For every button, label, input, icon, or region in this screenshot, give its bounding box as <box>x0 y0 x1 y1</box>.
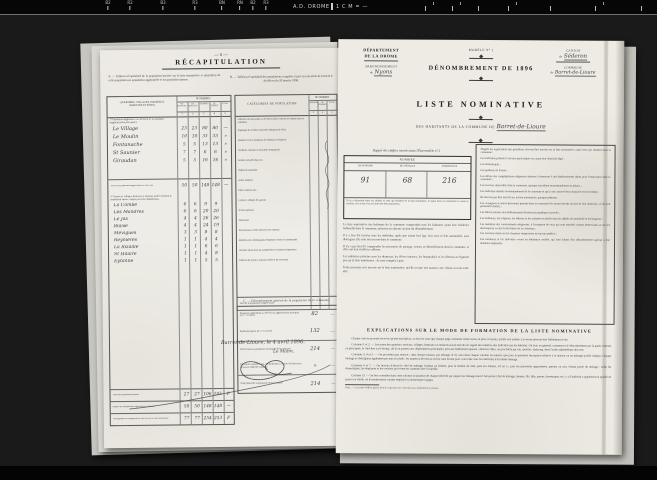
cell-femmes: 4 <box>211 237 221 242</box>
footnote: Nota. — Les petits chiffres placés dans … <box>345 386 611 391</box>
table-a-header: QUARTIERS, VILLAGES, HAMEAUX (MAISONS ET… <box>107 96 230 118</box>
col-header: DE MAISONS <box>344 163 386 170</box>
hamlet-name: Reynières <box>109 237 180 243</box>
ruler-tick <box>508 6 509 11</box>
cell-hommes: 13 <box>200 142 210 147</box>
divider-flourish <box>469 115 493 120</box>
cell-hommes: 20 <box>201 209 211 214</box>
model-label: MODÈLE N° 1 <box>438 48 524 53</box>
col-header: DE MAISONS <box>176 102 187 111</box>
canton-prefix: de <box>559 54 562 58</box>
category-label: Vieillards, infirmes et incurables hospi… <box>236 148 311 152</box>
film-bottom-bar <box>0 466 657 480</box>
column-divider <box>385 171 386 197</box>
ruler-tick-label: B2 <box>250 0 255 5</box>
ruler-tick <box>595 6 596 11</box>
instruction-paragraph: Il n'y a pas lieu d'y comprendre les per… <box>343 245 469 254</box>
ruler-tick: B3 <box>160 1 165 10</box>
microfilm-viewer: B2 R2 B3 R3 BN RN B2 R3 A.D. DROME 1 C M… <box>0 0 657 480</box>
cell-femmes: 16 <box>210 158 220 163</box>
intro-paragraph-a: A. — Tableau récapitulatif de la populat… <box>108 74 220 83</box>
category-label: Pensionnats et écoles diverses avec inte… <box>237 228 312 232</box>
section2-label: 2° Quartiers, villages, hameaux et maiso… <box>108 191 176 202</box>
total-label: Total de la population agglomérée au che… <box>108 184 179 187</box>
agglomerated-total-row: Total de la population agglomérée au che… <box>108 178 231 192</box>
hamlet-name: St Saunier <box>108 149 179 156</box>
explanation-paragraph: Colonne 13. — On fera connaître dans cet… <box>345 374 611 383</box>
explanation-paragraph: Colonnes 1 et 2. — Les noms des quartier… <box>345 344 611 353</box>
divider-flourish <box>469 54 493 59</box>
archive-label: A.D. DROME <box>293 4 330 10</box>
name-subheader-text: (MAISONS ET RUES) <box>129 104 154 107</box>
ruler-tick <box>516 2 517 5</box>
ruler-tick <box>641 6 642 11</box>
commune-value: Barret-de-Lioure <box>555 70 596 76</box>
instruction-paragraph: Toute personne sera inscrite sur la list… <box>343 266 469 275</box>
recall-values-row: 91 68 216 <box>344 171 470 198</box>
cell-femmes: 80 <box>210 126 220 131</box>
model-block: MODÈLE N° 1 <box>438 48 524 60</box>
subtitle-prefix: DES HABITANTS DE LA COMMUNE DE <box>416 125 495 129</box>
ruler-tick-label: B3 <box>160 0 165 5</box>
ruler-tick-label: BN <box>219 0 225 5</box>
explanation-paragraph: Colonnes 6 et 7. — On inscrira d'abord l… <box>345 364 611 373</box>
hamlet-name: La Combe <box>109 202 180 208</box>
cell-hommes: 24 <box>201 223 211 228</box>
film-ruler-bar: B2 R2 B3 R3 BN RN B2 R3 A.D. DROME 1 C M… <box>0 0 657 14</box>
cell-hommes: 254 <box>202 416 213 421</box>
ruler-tick <box>478 6 479 11</box>
department-value: DE LA DROME <box>364 53 397 58</box>
date-line: Barret-de-Lioure, le 4 avril 1896. <box>221 339 341 346</box>
cell-femmes: 33 <box>210 134 220 139</box>
cell-femmes: 6 <box>210 150 220 155</box>
category-label: Militaires de tous grades et de toutes a… <box>236 117 311 124</box>
category-label: Séminaires <box>237 218 312 222</box>
liste-nominative-page: DÉPARTEMENT DE LA DROME ARRONDISSEMENT d… <box>336 39 625 455</box>
category-label: Asiles d'aliénés <box>236 178 311 182</box>
row-label: Population éparse (A, 2° ci-contre) <box>238 329 304 334</box>
ruler-tick <box>425 6 426 11</box>
left-instructions: La liste nominative des habitants de la … <box>343 223 469 278</box>
scale-label: 1 C M = — <box>336 4 368 10</box>
recall-table: NOMBRE DE MAISONS DE MÉNAGES D'HABITANTS… <box>343 155 471 220</box>
col-header: DE MÉNAGES <box>386 163 428 170</box>
recap-title: RÉCAPITULATION <box>100 57 342 68</box>
cell-femmes: 8 <box>211 230 221 235</box>
divider-rule <box>556 61 590 62</box>
habitants-count: 216 <box>428 172 470 198</box>
scale-bar-icon <box>331 3 333 10</box>
cell-total: » <box>220 133 230 138</box>
table-a-nombre-group: NOMBRE DE MAISONS DE MÉNAGES D'HOMMES DE… <box>176 96 230 117</box>
cell-femmes: 19 <box>211 223 221 228</box>
category-label: Écoles spéciales <box>237 208 312 212</box>
counted-apart-table-b: CATÉGORIES DE POPULATION NOMBRE D'HOMMES… <box>234 94 339 311</box>
instruction-paragraph: Les militaires, les religieux, les déten… <box>480 217 610 221</box>
category-label: Détenus des prisons, maisons d'arrêt et … <box>237 258 312 262</box>
hamlet-name: Le Moulin <box>108 133 179 140</box>
col-header: D'HOMMES <box>308 101 317 110</box>
instruction-paragraph: Les voyageurs et autres personnes passan… <box>480 202 610 210</box>
category-label: Élèves internes des : <box>236 188 311 192</box>
canton-label: CANTON <box>536 48 610 52</box>
ruler-tick-label: R3 <box>263 0 268 5</box>
mayor-signature <box>125 351 338 411</box>
instruction-paragraph: Il y a lieu d'y inscrire tous les indivi… <box>343 234 469 243</box>
ruler-tick <box>452 6 453 11</box>
instruction-paragraph: Les gardiens de fermes ; <box>480 169 610 173</box>
cell-femmes: 5 <box>211 258 221 263</box>
ruler-tick-label: R3 <box>192 0 197 5</box>
total-label: Total général de la population inscrite … <box>111 418 182 421</box>
right-instructions-box: D'après les explications qui précèdent, … <box>475 144 616 325</box>
instruction-paragraph: Ne devront pas être inscrits sur la list… <box>480 196 610 200</box>
hamlet-name: Eytanne <box>109 258 180 264</box>
cell-hommes: 16 <box>200 158 210 163</box>
category-label: Enfants recueillis dans les : <box>236 158 311 162</box>
hamlet-name: La Rizaille <box>109 244 180 250</box>
canton-commune-block: CANTON de Séderon COMMUNE de Barret-de-L… <box>536 48 610 75</box>
col-header: TOTAL <box>327 101 336 110</box>
cell-hommes: 4 <box>201 251 211 256</box>
count-row: Population éparse (A, 2° ci-contre) 132 … <box>238 323 339 341</box>
col-header: D'HABITANTS <box>428 164 470 171</box>
category-label: Ouvriers réunis dans les campements et c… <box>237 248 312 252</box>
hamlet-name: Fontanache <box>108 141 179 148</box>
instruction-paragraph: Les mariniers et les individus vivant en… <box>480 238 610 246</box>
menages-count: 68 <box>386 171 428 197</box>
ruler-tick-label: RN <box>237 0 243 5</box>
cell-femmes: 6 <box>211 244 221 249</box>
row-label: Population agglomérée au chef-lieu ou ag… <box>238 311 304 319</box>
ruler-tick <box>460 2 461 5</box>
cell-hommes: 5 <box>201 258 211 263</box>
cell-femmes: 26 <box>211 216 221 221</box>
hamlet-name: Blaise <box>109 223 180 229</box>
col-header: DE MÉNAGES <box>187 102 198 111</box>
hamlet-name: Giraudan <box>108 157 179 164</box>
instruction-paragraph: Les élèves internes des établissements d… <box>480 211 610 215</box>
ruler-tick: RN <box>237 1 243 10</box>
cell-total: F <box>223 416 234 421</box>
row-value: 82 <box>304 311 326 317</box>
explanation-paragraph: Colonnes 3, 4 et 5. — On procédera par m… <box>345 354 611 363</box>
hamlet-name: Le Village <box>108 125 179 132</box>
cell-hommes: 9 <box>200 202 210 207</box>
explanations-heading: EXPLICATIONS SUR LE MODE DE FORMATION DE… <box>336 327 622 334</box>
cell-hommes: 4 <box>201 237 211 242</box>
hamlet-name: Les Mandres <box>109 209 180 215</box>
cell-hommes: 26 <box>201 216 211 221</box>
divider-flourish <box>469 76 493 81</box>
hamlet-name: St Hilaire <box>109 251 180 257</box>
instruction-paragraph: Les domestiques ; <box>480 163 610 167</box>
instruction-paragraph: Les élèves des congrégations religieuses… <box>480 175 610 183</box>
recall-caption: Rappel des chiffres inscrits dans l'État… <box>344 148 470 153</box>
ruler-tick: B2 <box>105 1 110 10</box>
cell-total: » <box>221 157 231 162</box>
count-row: Population agglomérée au chef-lieu ou ag… <box>238 306 339 324</box>
hamlet-name: Mévigues <box>109 230 180 236</box>
instruction-paragraph: Les militaires présents sous les drapeau… <box>343 256 469 265</box>
cell-total: — <box>220 125 230 130</box>
table-b-nombre-group: NOMBRE D'HOMMES DE FEMMES TOTAL 1 2 3 <box>308 95 336 115</box>
cell-hommes: 80 <box>200 126 210 131</box>
category-label: Malades civils et militaires des hôpitau… <box>236 138 311 142</box>
category-label: Lycées et collèges de garçons <box>236 198 311 202</box>
row-value: 132 <box>304 328 326 334</box>
instruction-paragraph: Les membres des communautés religieuses,… <box>480 223 610 231</box>
cell-femmes: 9 <box>211 202 221 207</box>
ruler-tick: BN <box>219 1 225 10</box>
ruler-tick: R3 <box>263 1 268 10</box>
cell-hommes: 6 <box>200 150 210 155</box>
divider-rule <box>364 60 398 61</box>
ruler-tick: R2 <box>127 1 132 10</box>
liste-nominative-title: LISTE NOMINATIVE <box>338 99 624 110</box>
cell-hommes: 33 <box>200 134 210 139</box>
cell-hommes: 6 <box>201 244 211 249</box>
subtitle-line: DES HABITANTS DE LA COMMUNE DE Barret-de… <box>338 123 624 131</box>
cell-hommes: 8 <box>201 230 211 235</box>
ruler-tick-label: B2 <box>105 0 110 5</box>
grand-total-row: Total général de la population inscrite … <box>111 412 234 425</box>
col-header: D'HOMMES <box>198 102 209 111</box>
hamlet-name: Le Jas <box>109 216 180 222</box>
recap-page: — 6 — RÉCAPITULATION A. — Tableau récapi… <box>100 48 346 449</box>
footnote-rule <box>345 384 379 385</box>
subtitle-commune-value: Barret-de-Lioure <box>496 124 545 131</box>
ruler-tick: B2 <box>250 1 255 10</box>
cell-total: » <box>221 141 231 146</box>
title-rule <box>162 67 280 69</box>
ruler-tick-label: R2 <box>127 0 132 5</box>
cell-femmes: 253 <box>213 416 224 421</box>
commune-prefix: de <box>551 70 554 74</box>
explanation-paragraph: Chaque case ne pouvant recevoir qu'une i… <box>345 337 611 342</box>
ruler-tick <box>550 6 551 11</box>
scan-bed-edge <box>0 14 657 15</box>
cell-hommes: 148 <box>200 183 211 188</box>
instruction-paragraph: La liste nominative des habitants de la … <box>343 223 469 232</box>
cell-total: — <box>221 182 232 187</box>
ruler-tick <box>433 2 434 5</box>
intro-paragraph-b: B. — Tableau récapitulatif des populatio… <box>228 75 334 84</box>
instruction-paragraph: Les ouvriers réunis sur les chantiers te… <box>480 232 610 236</box>
handwritten-nil-stroke <box>320 139 335 211</box>
category-label: Dépôts de mendicité <box>236 168 311 172</box>
commune-label: COMMUNE <box>536 65 610 69</box>
cell-femmes: 20 <box>211 209 221 214</box>
instruction-paragraph: Les individus présents à un titre quelco… <box>481 157 611 161</box>
recall-note: S'il y a désaccord entre ces chiffres et… <box>344 197 470 207</box>
column-headers: D'HOMMES DE FEMMES TOTAL <box>308 101 336 110</box>
ruler-tick <box>603 2 604 5</box>
maisons-count: 91 <box>344 171 386 197</box>
cell-femmes: 13 <box>210 142 220 147</box>
canton-value: Séderon <box>564 54 587 61</box>
explanations-body: Chaque case ne pouvant recevoir qu'une i… <box>345 337 611 390</box>
column-headers: DE MAISONS DE MÉNAGES D'HOMMES DE FEMMES… <box>176 102 230 112</box>
instruction-paragraph: Les ouvriers domiciliés dans la commune,… <box>480 184 610 188</box>
category-label: Équipages de la flotte à bord des bâtime… <box>236 128 311 132</box>
ruler-tick: R3 <box>192 1 197 10</box>
department-label: DÉPARTEMENT <box>363 47 399 52</box>
divider-flourish <box>469 138 493 143</box>
instruction-paragraph: Les individus absents momentanément de l… <box>480 190 610 194</box>
instruction-paragraph: D'après les explications qui précèdent, … <box>481 148 611 156</box>
arrondissement-value: Nyons <box>375 69 393 76</box>
arrondissement-prefix: de <box>370 70 373 74</box>
table-b-header: CATÉGORIES DE POPULATION NOMBRE D'HOMMES… <box>235 95 336 117</box>
category-label: Membres des communautés religieuses viva… <box>237 238 312 242</box>
cell-femmes: 148 <box>210 183 221 188</box>
cell-femmes: 8 <box>211 251 221 256</box>
column-divider <box>426 172 427 198</box>
cell-total: » <box>221 149 231 154</box>
